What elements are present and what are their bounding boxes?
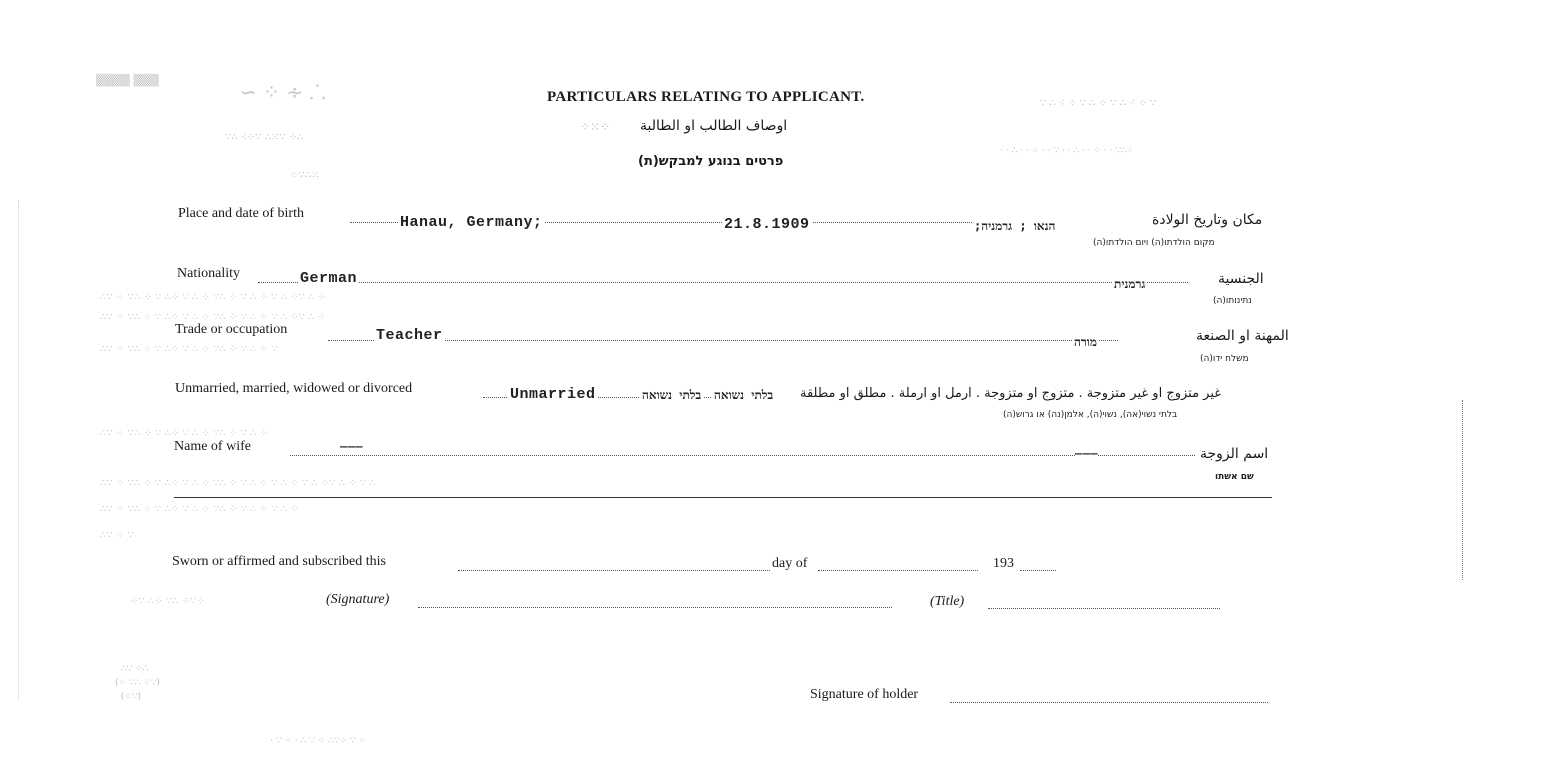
wife-label-hebrew: שם אשתו [1215,472,1254,482]
bleed-row: ∴∵ ⁘ ∵∴ ⁘ ∵ ∴⁘ ∵ ∴ ⁘ ∵∴ ⁘ ∵ ∴ ⁘ ∵ ∴ ⁘∵ ∴… [100,292,326,303]
edge-mark-left [18,200,19,700]
occupation-label-arabic: المهنة او الصنعة [1196,328,1289,344]
year-prefix-label: 193 [993,556,1014,572]
form-title-hebrew: פרטים בנוגע למבקש(ת) [638,154,783,169]
faint-signature-bleed: ⁘∵ ∴⁘ ∵∴ ⁘∵⁘ [130,596,205,607]
faint-stamp-seal-line3: ⁘∵∴⁙ [290,170,319,181]
section-divider [174,497,1272,498]
marital-label-hebrew: בלתי נשוי(אה), נשוי(ה), אלמן(נה) או גרוש… [1003,410,1177,420]
faint-stamp-center: ⁘⁙⁘ [580,120,610,134]
marital-label-arabic: غير متزوج او غير متزوجة . متزوج او متزوج… [800,386,1221,401]
title-label: (Title) [930,594,964,610]
occupation-label-hebrew: משלח ידו(ה) [1200,354,1249,364]
marital-status-value[interactable]: Unmarried [508,386,598,403]
nationality-value-hebrew[interactable]: גרמנית [1112,277,1147,292]
birth-label-arabic: مكان وتاريخ الولادة [1152,212,1262,228]
faint-stamp-top-right: ∵ ∴ ⁖ ⁘ ∵ ∴ ⁘ ∵ ∴ ⁖ ⁘ ∵ [1040,98,1156,109]
faint-stamp-right-line: · · ∴ · · ⁘ · · ∵ · · ∴ · · ⁘ · · ∵∴⁖ [1000,146,1132,156]
bleed-row: ∴∵ ⁘ ∵∴ ⁘ ∵ ∴⁘ ∵ ∴ ⁘ ∵∴ ⁘ ∵ ∴ ⁘ ∵ ∴ ⁘ [100,504,299,515]
form-title-arabic: اوصاف الطالب او الطالبة [640,118,787,134]
faint-stamp-seal-line2: ∵∴ ⁖⁘∵ ∴⁙∵ ⁘∴ [225,132,304,143]
occupation-value[interactable]: Teacher [374,327,445,344]
nationality-label: Nationality [177,266,240,282]
nationality-label-arabic: الجنسية [1218,271,1264,287]
bleed-row: ∴∵ ⁘ ∵∴ ⁘ ∵ ∴⁘ ∵ ∴ ⁘ ∵∴ ⁘ ∵ ∴ ⁘ [100,428,268,439]
nationality-value[interactable]: German [298,270,359,287]
faint-stamp-bottom-left: ∴∵ ⁘∴ (⁘ ∵∴ ⁘∵) (⁘∵) [115,662,160,704]
year-dotted-line[interactable] [1020,570,1056,571]
edge-mark-right [1462,400,1463,580]
nationality-label-hebrew: נתינותו(ה) [1213,296,1252,306]
birth-date-value[interactable]: 21.8.1909 [722,216,812,233]
month-dotted-line[interactable] [818,570,978,571]
marital-status-value-hebrew-2[interactable]: בלתי נשואה [712,388,775,403]
signature-dotted-line[interactable] [418,607,892,608]
form-title-english: PARTICULARS RELATING TO APPLICANT. [547,89,865,106]
wife-label-arabic: اسم الزوجة [1200,446,1268,462]
occupation-value-hebrew[interactable]: מורה [1072,335,1099,350]
wife-name-value[interactable]: ——— [340,440,363,454]
nationality-dotted-line [258,282,1188,283]
wife-name-label: Name of wife [174,439,251,455]
signature-label: (Signature) [326,592,389,608]
faint-bleed-bottom: · ∵ ⁘ · ∴ ∵ ⁘ ∴∵⁘ ∵ ⁘ [270,736,366,746]
birth-value-hebrew[interactable]: הנאו ; גרמניה; [972,219,1057,234]
wife-name-value-hebrew[interactable]: ——— [1075,447,1098,461]
birth-label-hebrew: מקום הולדתו(ה) ויום הולדתו(ה) [1093,238,1215,248]
bleed-row: ∴∵ ⁘ ∵∴ ⁘ ∵ ∴⁘ ∵ ∴ ⁘ ∵∴ ⁘ ∵ ∴ ⁘ ∵ [100,344,278,355]
occupation-dotted-line [328,340,1118,341]
faint-stamp-seal: ∽ ⁘ ∻ ⸫ [240,78,326,105]
occupation-label: Trade or occupation [175,322,287,338]
sworn-day-dotted-line[interactable] [458,570,770,571]
holder-signature-dotted-line[interactable] [950,702,1268,703]
holder-signature-label: Signature of holder [810,687,918,703]
birth-label: Place and date of birth [178,206,304,222]
bleed-row: ∴∵ ⁘ ∵∴ ⁘ ∵ ∴⁘ ∵ ∴ ⁘ ∵∴ ⁘ ∵ ∴ ⁘ ∵ ∴ ⁘ ∵ … [100,478,376,489]
day-of-label: day of [772,556,807,572]
marital-status-value-hebrew[interactable]: בלתי נשואה [640,388,703,403]
birth-place-value[interactable]: Hanau, Germany; [398,214,545,231]
wife-dotted-line [290,455,1195,456]
marital-status-label: Unmarried, married, widowed or divorced [175,381,412,397]
faint-stamp-top-left: ▒▒▒▒ ▒▒▒ [96,74,159,87]
title-dotted-line[interactable] [988,608,1220,609]
sworn-label: Sworn or affirmed and subscribed this [172,554,386,570]
bleed-row: ∴∵ ⁘ ∵ [100,530,134,541]
